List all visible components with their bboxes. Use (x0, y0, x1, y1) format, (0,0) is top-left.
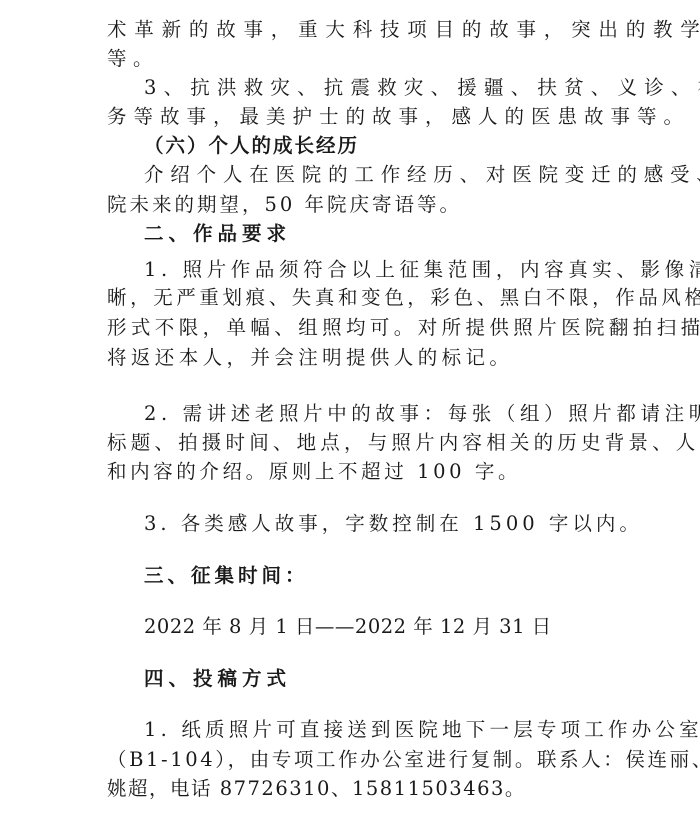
paragraph-line: 标题、拍摄时间、地点，与照片内容相关的历史背景、人物 (107, 429, 597, 457)
list-item-line: 3、抗洪救灾、抗震救灾、援疆、扶贫、义诊、社会服 (144, 74, 634, 102)
paragraph-line: 务等故事，最美护士的故事，感人的医患故事等。 (107, 103, 597, 131)
section-heading: 四、投稿方式 (144, 665, 634, 693)
paragraph-line: 术革新的故事，重大科技项目的故事，突出的教学成果故事 (107, 16, 597, 44)
paragraph-line: 介绍个人在医院的工作经历、对医院变迁的感受、对医 (144, 161, 634, 189)
subsection-heading: （六）个人的成长经历 (144, 132, 634, 160)
paragraph-line: 形式不限，单幅、组照均可。对所提供照片医院翻拍扫描后 (107, 314, 597, 342)
paragraph-line: 晰，无严重划痕、失真和变色，彩色、黑白不限，作品风格、 (107, 284, 597, 312)
list-item-line: 2. 需讲述老照片中的故事：每张（组）照片都请注明 (144, 400, 634, 428)
date-range-text: 2022 年 8 月 1 日——2022 年 12 月 31 日 (144, 613, 634, 641)
list-item-line: 1. 照片作品须符合以上征集范围，内容真实、影像清 (144, 256, 634, 284)
paragraph-line: 院未来的期望，50 年院庆寄语等。 (107, 191, 597, 219)
list-item-line: 1. 纸质照片可直接送到医院地下一层专项工作办公室 (144, 716, 634, 744)
paragraph-line: 等。 (107, 45, 597, 73)
section-heading: 二、作品要求 (144, 220, 634, 248)
section-heading: 三、征集时间： (144, 562, 634, 590)
document-page: 术革新的故事，重大科技项目的故事，突出的教学成果故事 等。 3、抗洪救灾、抗震救… (0, 0, 700, 813)
paragraph-line: 将返还本人，并会注明提供人的标记。 (107, 344, 597, 372)
paragraph-line: 和内容的介绍。原则上不超过 100 字。 (107, 458, 597, 486)
contact-phone-line: 姚超，电话 87726310、15811503463。 (107, 775, 597, 803)
list-item-line: 3. 各类感人故事，字数控制在 1500 字以内。 (144, 510, 634, 538)
paragraph-line: （B1-104），由专项工作办公室进行复制。联系人：侯连丽、 (107, 746, 597, 774)
